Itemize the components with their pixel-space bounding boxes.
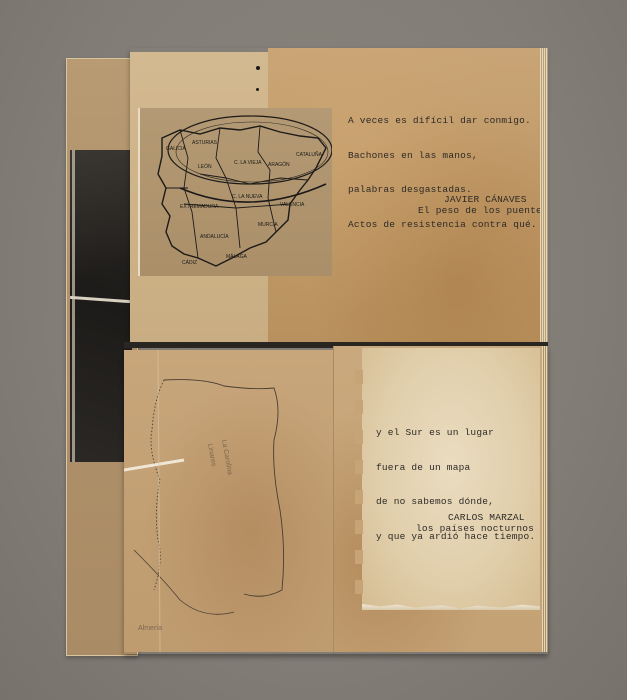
- perforation-tab: [355, 580, 363, 594]
- top-book-spread: A veces es difícil dar conmigo. Bachones…: [130, 48, 546, 343]
- svg-text:C. LA VIEJA: C. LA VIEJA: [234, 160, 262, 166]
- svg-text:Linares: Linares: [206, 443, 217, 467]
- perforation-tab: [355, 550, 363, 564]
- svg-text:CATALUÑA: CATALUÑA: [296, 151, 323, 158]
- perforation-tab: [355, 520, 363, 534]
- book-title: El peso de los puentes: [418, 205, 548, 217]
- photo-crack: [70, 296, 130, 303]
- book-title: los países nocturnos: [416, 523, 534, 535]
- dark-photo-collage: [70, 150, 132, 462]
- svg-text:LEÓN: LEÓN: [198, 163, 212, 170]
- hand-drawn-map-icon: La Carolina Linares Almería: [124, 350, 334, 652]
- svg-text:CÁDIZ: CÁDIZ: [182, 259, 197, 266]
- poem-line: de no sabemos dónde,: [376, 496, 535, 508]
- poem-line: A veces es difícil dar conmigo.: [348, 115, 537, 127]
- ink-dot: [256, 88, 259, 91]
- perforation-tab: [355, 460, 363, 474]
- photo-worn-edge: [72, 150, 75, 462]
- author-name: CARLOS MARZAL: [448, 512, 525, 524]
- svg-text:ARAGÓN: ARAGÓN: [268, 161, 290, 168]
- svg-text:EXTREMADURA: EXTREMADURA: [180, 204, 219, 210]
- perforation-tab: [355, 370, 363, 384]
- poem-line: Bachones en las manos,: [348, 150, 537, 162]
- poem-bottom: y el Sur es un lugar fuera de un mapa de…: [376, 404, 535, 565]
- poem-top: A veces es difícil dar conmigo. Bachones…: [348, 92, 537, 253]
- poem-line: Actos de resistencia contra qué.: [348, 219, 537, 231]
- bottom-right-page: y el Sur es un lugar fuera de un mapa de…: [334, 346, 542, 652]
- perforation-tab: [355, 490, 363, 504]
- bottom-left-page: La Carolina Linares Almería: [124, 350, 334, 652]
- bottom-book-spread: La Carolina Linares Almería y el Sur es …: [124, 346, 548, 654]
- author-name: JAVIER CÁNAVES: [444, 194, 527, 206]
- spain-map-icon: GALICIA ASTURIAS LEÓN C. LA VIEJA ARAGÓN…: [140, 108, 332, 276]
- svg-text:GALICIA: GALICIA: [166, 146, 186, 152]
- svg-text:MURCIA: MURCIA: [258, 222, 278, 228]
- svg-text:La Carolina: La Carolina: [220, 439, 233, 476]
- inserted-perforated-sheet: y el Sur es un lugar fuera de un mapa de…: [362, 348, 540, 608]
- map-of-spain-clipping: GALICIA ASTURIAS LEÓN C. LA VIEJA ARAGÓN…: [138, 108, 332, 276]
- page-edges: [540, 48, 548, 343]
- poem-line: fuera de un mapa: [376, 462, 535, 474]
- perforation-tab: [355, 430, 363, 444]
- svg-text:ANDALUCÍA: ANDALUCÍA: [200, 233, 229, 240]
- page-edges: [542, 346, 548, 652]
- svg-text:Almería: Almería: [138, 625, 162, 632]
- svg-text:VALENCIA: VALENCIA: [280, 202, 305, 208]
- poem-line: y el Sur es un lugar: [376, 427, 535, 439]
- perforation-tab: [355, 400, 363, 414]
- ink-dot: [256, 66, 260, 70]
- svg-text:C. LA NUEVA: C. LA NUEVA: [232, 194, 263, 200]
- svg-text:MÁLAGA: MÁLAGA: [226, 253, 248, 260]
- svg-text:ASTURIAS: ASTURIAS: [192, 140, 218, 146]
